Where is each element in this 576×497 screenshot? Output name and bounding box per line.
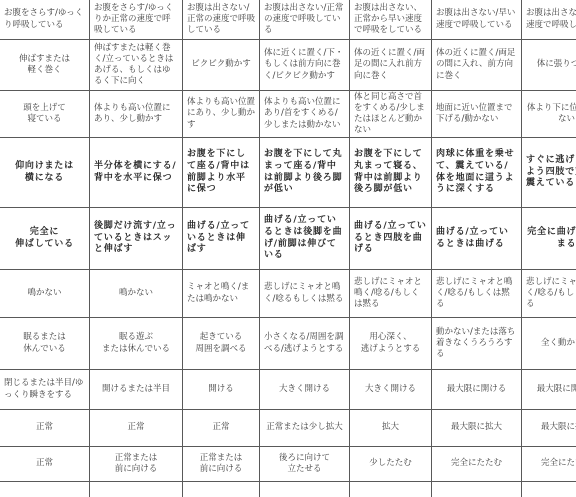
cell-legs-level-7: 完全に曲げて縮こまる [522, 208, 576, 270]
cell-activity-level-1: 眠るまたは 休んでいる [0, 318, 90, 370]
cell-tail-level-2: 伸ばすまたは軽く巻く/立っているときはあげる、もしくはゆるく下に向く [90, 40, 183, 91]
cell-ears-level-1: 正常 [0, 447, 90, 482]
cell-pupils-level-2: 正常 [90, 410, 183, 447]
cell-belly-breathing-level-7: お腹は出さない/早い速度で呼吸している [522, 0, 576, 40]
cell-activity-level-7: 全く動かない [522, 318, 576, 370]
cell-pupils-level-6: 最大限に拡大 [432, 410, 522, 447]
cell-eyes-level-3: 開ける [183, 370, 260, 410]
cell-eyes-level-2: 開けるまたは半目 [90, 370, 183, 410]
cell-ears-level-7: 完全にたたむ [522, 447, 576, 482]
cell-pupils-level-3: 正常 [183, 410, 260, 447]
cell-tail-level-1: 伸ばすまたは 軽く巻く [0, 40, 90, 91]
cell-eyes-level-6: 最大限に開ける [432, 370, 522, 410]
cell-ears-level-3: 正常または 前に向ける [183, 447, 260, 482]
cell-head-level-2: 体よりも高い位置にあり、少し動かす [90, 91, 183, 138]
cell-ears-level-6: 完全にたたむ [432, 447, 522, 482]
cell-tail-level-7: 体に張りつける [522, 40, 576, 91]
cell-vocalization-level-3: ミャオと鳴く/または鳴かない [183, 270, 260, 318]
cell-eyes-level-5: 大きく開ける [350, 370, 432, 410]
cell-body-posture-level-3: お腹を下にして座る/背中は前脚より水平に保つ [183, 138, 260, 208]
cell-tail-level-4: 体に近くに置く/下・もしくは前方向に巻く/ビクビク動かす [260, 40, 350, 91]
cell-activity-level-5: 用心深く、 逃げようとする [350, 318, 432, 370]
cell-head-level-6: 地面に近い位置まで下げる/動かない [432, 91, 522, 138]
cell-next-row-partial-level-5 [350, 482, 432, 497]
cell-legs-level-5: 曲げる/立っているとき四肢を曲げる [350, 208, 432, 270]
cell-head-level-1: 頭を上げて 寝ている [0, 91, 90, 138]
cell-body-posture-level-4: お腹を下にして丸まって座る/背中は前脚より後ろ脚が低い [260, 138, 350, 208]
cell-next-row-partial-level-2 [90, 482, 183, 497]
cell-legs-level-1: 完全に 伸ばしている [0, 208, 90, 270]
cell-vocalization-level-4: 悲しげにミャオと鳴く/唸るもしくは黙る [260, 270, 350, 318]
cell-legs-level-4: 曲げる/立っているときは後脚を曲げ/前脚は伸びている [260, 208, 350, 270]
cell-body-posture-level-7: すぐに逃げられるよう四肢で支え、震えている [522, 138, 576, 208]
cell-body-posture-level-6: 肉球に体重を乗せて、震えている/体を地面に這うように深くする [432, 138, 522, 208]
cell-head-level-3: 体よりも高い位置にあり、少し動かす [183, 91, 260, 138]
cell-body-posture-level-5: お腹を下にして丸まって寝る、背中は前脚より後ろ脚が低い [350, 138, 432, 208]
cell-head-level-4: 体よりも高い位置にあり/首をすくめる/少しまたは動かない [260, 91, 350, 138]
cell-vocalization-level-5: 悲しげにミャオと鳴く/唸る/もしくは黙る [350, 270, 432, 318]
cell-eyes-level-1: 閉じるまたは半目/ゆっくり瞬きをする [0, 370, 90, 410]
cell-legs-level-3: 曲げる/立っているときは伸ばす [183, 208, 260, 270]
cell-belly-breathing-level-6: お腹は出さない/早い速度で呼吸している [432, 0, 522, 40]
table-viewport: お腹をさらす/ゆっくり呼吸しているお腹をさらす/ゆっくりか正常の速度で呼吸してい… [0, 0, 576, 497]
cell-belly-breathing-level-3: お腹は出さない/正常の速度で呼吸している [183, 0, 260, 40]
cell-vocalization-level-1: 鳴かない [0, 270, 90, 318]
cell-belly-breathing-level-4: お腹は出さない/正常の速度で呼吸している [260, 0, 350, 40]
cell-pupils-level-1: 正常 [0, 410, 90, 447]
cell-eyes-level-4: 大きく開ける [260, 370, 350, 410]
cell-ears-level-5: 少したたむ [350, 447, 432, 482]
cell-head-level-5: 体と同じ高さで首をすくめる/少しまたはほとんど動かない [350, 91, 432, 138]
cell-tail-level-6: 体の近くに置く/両足の間に入れ、前方向に巻く [432, 40, 522, 91]
cell-ears-level-4: 後ろに向けて 立たせる [260, 447, 350, 482]
cell-next-row-partial-level-7 [522, 482, 576, 497]
cat-comfort-table: お腹をさらす/ゆっくり呼吸しているお腹をさらす/ゆっくりか正常の速度で呼吸してい… [0, 0, 576, 497]
cell-legs-level-6: 曲げる/立っているときは曲げる [432, 208, 522, 270]
cell-ears-level-2: 正常または 前に向ける [90, 447, 183, 482]
cell-activity-level-3: 起きている 周囲を調べる [183, 318, 260, 370]
cell-body-posture-level-2: 半分体を横にする/背中を水平に保つ [90, 138, 183, 208]
cell-tail-level-5: 体の近くに置く/両足の間に入れ前方向に巻く [350, 40, 432, 91]
cell-belly-breathing-level-5: お腹は出さない、正常から早い速度で呼吸をしている [350, 0, 432, 40]
cell-pupils-level-4: 正常または少し拡大 [260, 410, 350, 447]
cell-vocalization-level-2: 鳴かない [90, 270, 183, 318]
cell-belly-breathing-level-1: お腹をさらす/ゆっくり呼吸している [0, 0, 90, 40]
cell-next-row-partial-level-1 [0, 482, 90, 497]
cell-tail-level-3: ビクビク動かす [183, 40, 260, 91]
cell-pupils-level-5: 拡大 [350, 410, 432, 447]
cell-next-row-partial-level-3 [183, 482, 260, 497]
cell-vocalization-level-6: 悲しげにミャオと鳴く/唸る/もしくは黙る [432, 270, 522, 318]
cell-eyes-level-7: 最大限に開ける [522, 370, 576, 410]
cell-activity-level-6: 動かない/または落ち着きなくうろうろする [432, 318, 522, 370]
cell-legs-level-2: 後脚だけ流す/立っているときはスッと伸ばす [90, 208, 183, 270]
cell-head-level-7: 体より下に位置/動かない [522, 91, 576, 138]
cell-next-row-partial-level-4 [260, 482, 350, 497]
cell-vocalization-level-7: 悲しげにミャオと鳴く/唸る/もしくは黙る [522, 270, 576, 318]
cell-activity-level-2: 眠る遊ぶ または休んでいる [90, 318, 183, 370]
cell-body-posture-level-1: 仰向けまたは 横になる [0, 138, 90, 208]
cell-activity-level-4: 小さくなる/周囲を調べる/逃げようとする [260, 318, 350, 370]
cell-next-row-partial-level-6 [432, 482, 522, 497]
cell-pupils-level-7: 最大限に拡大 [522, 410, 576, 447]
cell-belly-breathing-level-2: お腹をさらす/ゆっくりか正常の速度で呼吸している [90, 0, 183, 40]
